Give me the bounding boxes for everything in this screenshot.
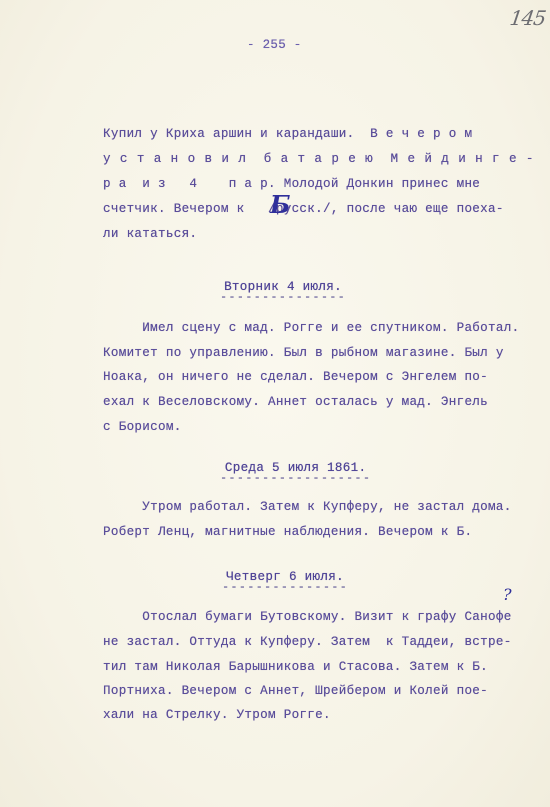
text-line: Отослал бумаги Бутовскому. Визит к графу… [103, 610, 512, 624]
entry-heading: Среда 5 июля 1861. ------------------ [220, 461, 371, 483]
heading-underline: --------------- [222, 582, 348, 592]
entry-heading: Вторник 4 июля. --------------- [220, 280, 346, 302]
handwritten-question-mark: ? [503, 585, 512, 604]
text-line: с Борисом. [103, 420, 182, 434]
text-line: Комитет по управлению. Был в рыбном мага… [103, 346, 504, 360]
text-line: ли кататься. [103, 227, 197, 241]
text-line: счетчик. Вечером к /русск./, после чаю е… [103, 202, 504, 216]
document-page: 145 - 255 - Купил у Криха аршин и каранд… [0, 0, 550, 807]
text-line: тил там Николая Барышникова и Стасова. З… [103, 660, 488, 674]
handwritten-insert: Б [270, 190, 291, 219]
text-line: Утром работал. Затем к Купферу, не заста… [103, 500, 512, 514]
heading-underline: ------------------ [220, 473, 371, 483]
text-line: Купил у Криха аршин и карандаши. В е ч е… [103, 127, 472, 141]
text-line: не застал. Оттуда к Купферу. Затем к Тад… [103, 635, 512, 649]
text-line: ехал к Веселовскому. Аннет осталась у ма… [103, 395, 488, 409]
handwritten-folio-number: 145 [508, 6, 547, 30]
text-line: р а и з 4 п а р. Молодой Донкин принес м… [103, 177, 480, 191]
text-line: у с т а н о в и л б а т а р е ю М е й д … [103, 152, 534, 166]
text-line: Ноака, он ничего не сделал. Вечером с Эн… [103, 370, 488, 384]
text-line: Имел сцену с мад. Рогге и ее спутником. … [103, 321, 519, 335]
entry-heading: Четверг 6 июля. --------------- [222, 570, 348, 592]
text-line: Портниха. Вечером с Аннет, Шрейбером и К… [103, 684, 488, 698]
text-line: хали на Стрелку. Утром Рогге. [103, 708, 331, 722]
heading-underline: --------------- [220, 292, 346, 302]
text-line: Роберт Ленц, магнитные наблюдения. Вечер… [103, 525, 472, 539]
page-number: - 255 - [247, 38, 302, 52]
